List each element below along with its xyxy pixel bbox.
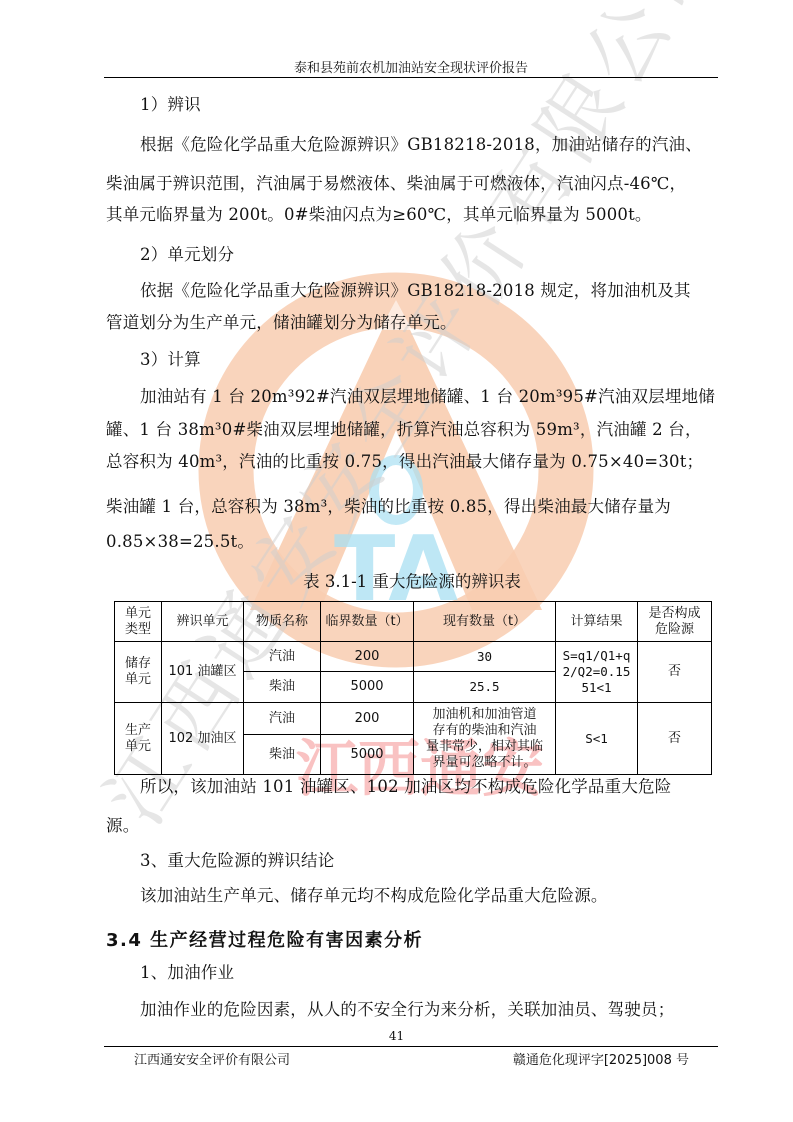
paragraph-line: 其单元临界量为 200t。0#柴油闪点为≥60℃，其单元临界量为 5000t。 xyxy=(106,205,718,225)
header-unit: 辨识单元 xyxy=(162,602,244,642)
cell-substance: 柴油 xyxy=(244,672,321,703)
cell-critical: 5000 xyxy=(321,735,414,775)
subheading-conclusion: 3、重大危险源的辨识结论 xyxy=(140,851,752,871)
paragraph-line: 罐、1 台 38m³0#柴油双层埋地储罐，折算汽油总容积为 59m³，汽油罐 2… xyxy=(106,420,718,440)
paragraph-line: 总容积为 40m³，汽油的比重按 0.75，得出汽油最大储存量为 0.75×40… xyxy=(106,452,718,472)
cell-unit: 102 加油区 xyxy=(162,703,244,775)
running-header-title: 泰和县苑前农机加油站安全现状评价报告 xyxy=(104,57,718,76)
subheading-unit-division: 2）单元划分 xyxy=(140,245,752,265)
cell-is-source: 否 xyxy=(638,703,712,775)
subheading-identification: 1）辨识 xyxy=(140,95,752,115)
cell-unit-type: 储存单元 xyxy=(115,642,162,703)
cell-unit-type: 生产单元 xyxy=(115,703,162,775)
cell-is-source: 否 xyxy=(638,642,712,703)
paragraph-line: 管道划分为生产单元，储油罐划分为储存单元。 xyxy=(106,313,718,333)
paragraph-line: 源。 xyxy=(106,816,718,836)
paragraph-line: 该加油站生产单元、储存单元均不构成危险化学品重大危险源。 xyxy=(140,886,752,906)
header-existing-quantity: 现有数量（t） xyxy=(414,602,556,642)
page-number: 41 xyxy=(0,1029,793,1043)
header-unit-type: 单元类型 xyxy=(115,602,162,642)
subheading-calculation: 3）计算 xyxy=(140,350,752,370)
footer-company: 江西通安安全评价有限公司 xyxy=(134,1049,290,1068)
document-page: TA 江西通安 江西通安安全评价有限公司 泰和县苑前农机加油站安全现状评价报告 … xyxy=(0,0,793,1122)
paragraph-line: 柴油属于辨识范围，汽油属于易燃液体、柴油属于可燃液体，汽油闪点-46℃， xyxy=(106,174,718,194)
section-heading-3-4: 3.4 生产经营过程危险有害因素分析 xyxy=(106,926,423,952)
paragraph-line: 加油站有 1 台 20m³92#汽油双层埋地储罐、1 台 20m³95#汽油双层… xyxy=(140,387,752,407)
cell-substance: 汽油 xyxy=(244,642,321,672)
table-caption: 表 3.1-1 重大危险源的辨识表 xyxy=(106,568,718,592)
cell-critical: 200 xyxy=(321,703,414,735)
cell-unit: 101 油罐区 xyxy=(162,642,244,703)
cell-existing-note: 加油机和加油管道存有的柴油和汽油量非常少，相对其临界量可忽略不计。 xyxy=(414,703,556,775)
major-hazard-identification-table: 单元类型 辨识单元 物质名称 临界数量（t） 现有数量（t） 计算结果 是否构成… xyxy=(114,601,712,775)
subheading-refueling: 1、加油作业 xyxy=(140,963,752,983)
cell-substance: 柴油 xyxy=(244,735,321,775)
table-header-row: 单元类型 辨识单元 物质名称 临界数量（t） 现有数量（t） 计算结果 是否构成… xyxy=(115,602,712,642)
header-divider xyxy=(104,77,718,78)
paragraph-line: 根据《危险化学品重大危险源辨识》GB18218-2018，加油站储存的汽油、 xyxy=(140,135,752,155)
cell-existing: 25.5 xyxy=(414,672,556,703)
header-is-hazard-source: 是否构成危险源 xyxy=(638,602,712,642)
footer-divider xyxy=(104,1046,718,1047)
paragraph-line: 依据《危险化学品重大危险源辨识》GB18218-2018 规定，将加油机及其 xyxy=(140,281,752,301)
page-content: 泰和县苑前农机加油站安全现状评价报告 1）辨识 根据《危险化学品重大危险源辨识》… xyxy=(0,0,793,1122)
header-calc-result: 计算结果 xyxy=(556,602,638,642)
cell-calc-result: S<1 xyxy=(556,703,638,775)
cell-critical: 5000 xyxy=(321,672,414,703)
paragraph-line: 所以，该加油站 101 油罐区、102 加油区均不构成危险化学品重大危险 xyxy=(140,777,752,797)
cell-existing: 30 xyxy=(414,642,556,672)
header-substance: 物质名称 xyxy=(244,602,321,642)
footer-doc-number: 赣通危化现评字[2025]008 号 xyxy=(513,1049,689,1068)
cell-calc-result: S=q1/Q1+q2/Q2=0.1551<1 xyxy=(556,642,638,703)
table-row: 储存单元 101 油罐区 汽油 200 30 S=q1/Q1+q2/Q2=0.1… xyxy=(115,642,712,672)
paragraph-line: 0.85×38=25.5t。 xyxy=(106,532,718,552)
table-row: 生产单元 102 加油区 汽油 200 加油机和加油管道存有的柴油和汽油量非常少… xyxy=(115,703,712,735)
paragraph-line: 柴油罐 1 台，总容积为 38m³，柴油的比重按 0.85，得出柴油最大储存量为 xyxy=(106,497,718,517)
cell-substance: 汽油 xyxy=(244,703,321,735)
header-critical-quantity: 临界数量（t） xyxy=(321,602,414,642)
paragraph-line: 加油作业的危险因素，从人的不安全行为来分析，关联加油员、驾驶员； xyxy=(140,1000,752,1020)
cell-critical: 200 xyxy=(321,642,414,672)
